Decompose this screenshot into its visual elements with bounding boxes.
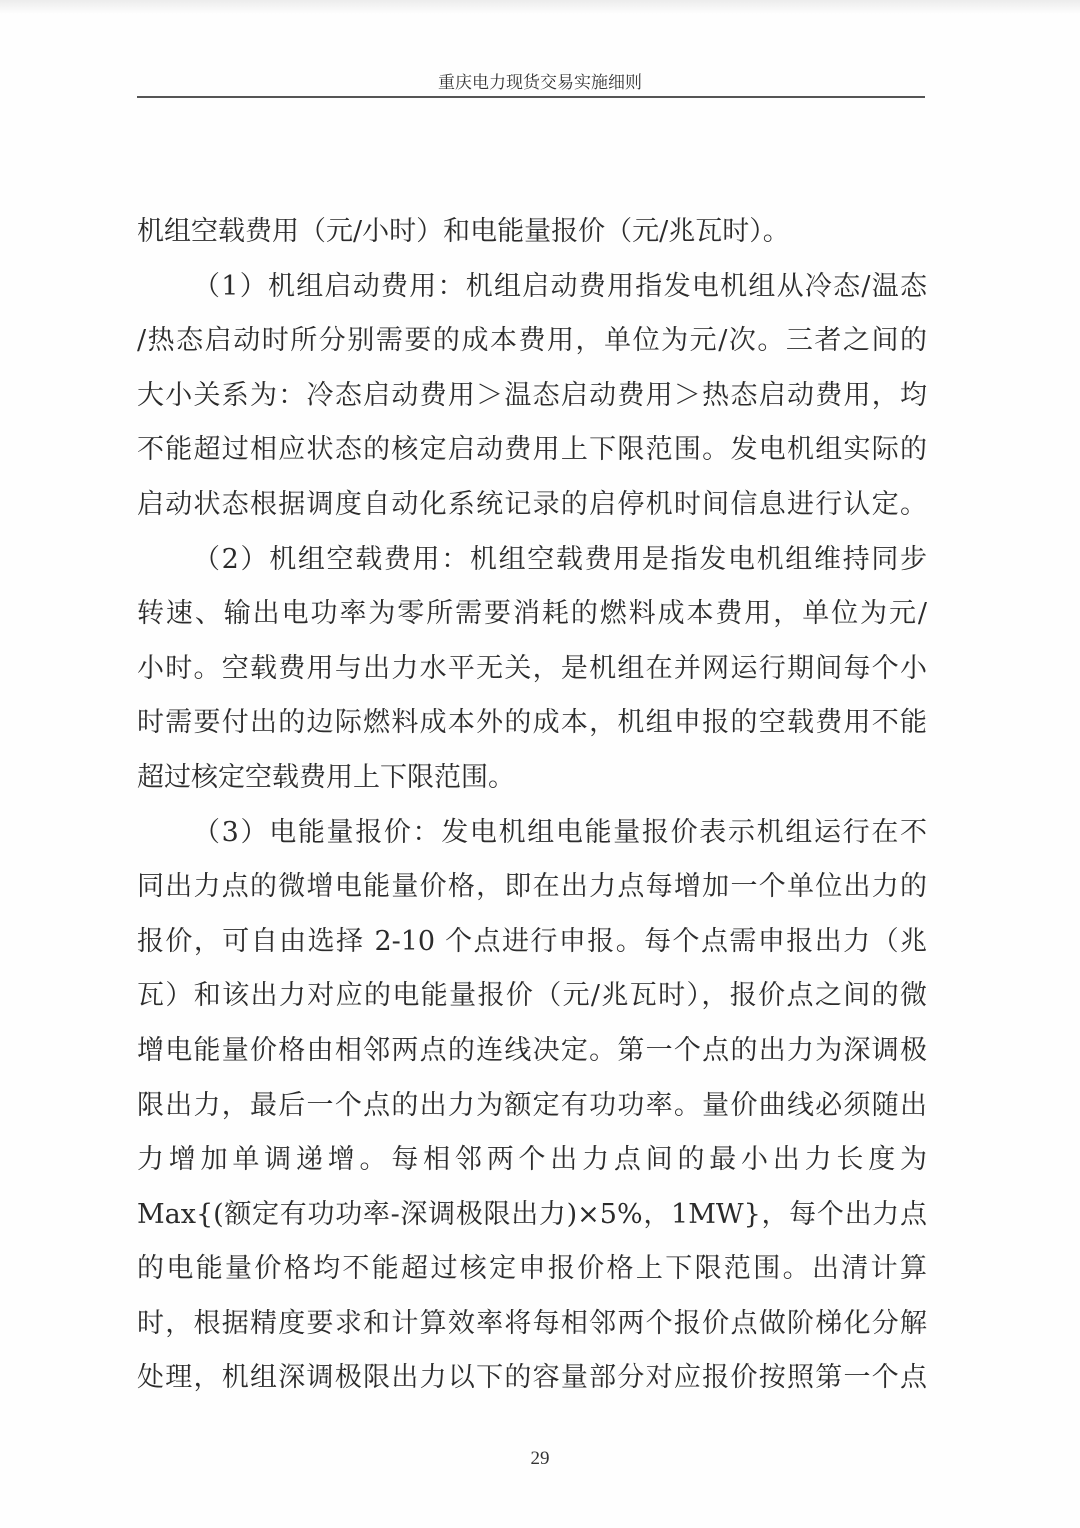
text-line: 小时。空载费用与出力水平无关，是机组在并网运行期间每个小 [137, 642, 927, 697]
text-line: 不能超过相应状态的核定启动费用上下限范围。发电机组实际的 [137, 423, 927, 478]
text-line-formula: Max{(额定有功功率-深调极限出力)×5%，1MW}，每个出力点 [137, 1188, 927, 1243]
paragraph-start-no-load-cost: （2）机组空载费用：机组空载费用是指发电机组维持同步 [137, 533, 927, 588]
paragraph-start-energy-bid: （3）电能量报价：发电机组电能量报价表示机组运行在不 [137, 806, 927, 861]
paragraph-start-startup-cost: （1）机组启动费用：机组启动费用指发电机组从冷态/温态 [137, 260, 927, 315]
document-body: 机组空载费用（元/小时）和电能量报价（元/兆瓦时）。 （1）机组启动费用：机组启… [137, 205, 927, 1406]
text-line: 超过核定空载费用上下限范围。 [137, 751, 927, 806]
text-line: 启动状态根据调度自动化系统记录的启停机时间信息进行认定。 [137, 478, 927, 533]
text-line: 时，根据精度要求和计算效率将每相邻两个报价点做阶梯化分解 [137, 1297, 927, 1352]
text-line: 时需要付出的边际燃料成本外的成本，机组申报的空载费用不能 [137, 696, 927, 751]
running-header-title: 重庆电力现货交易实施细则 [0, 68, 1080, 93]
scan-edge-shadow [0, 0, 1080, 14]
text-line: 转速、输出电功率为零所需要消耗的燃料成本费用，单位为元/ [137, 587, 927, 642]
page-number: 29 [0, 1448, 1080, 1470]
text-line: 处理，机组深调极限出力以下的容量部分对应报价按照第一个点 [137, 1351, 927, 1406]
text-line: 机组空载费用（元/小时）和电能量报价（元/兆瓦时）。 [137, 205, 927, 260]
text-line: 限出力，最后一个点的出力为额定有功功率。量价曲线必须随出 [137, 1079, 927, 1134]
header-divider [137, 96, 925, 98]
text-line: 报价，可自由选择 2-10 个点进行申报。每个点需申报出力（兆 [137, 915, 927, 970]
text-line: 增电能量价格由相邻两点的连线决定。第一个点的出力为深调极 [137, 1024, 927, 1079]
text-line: 的电能量价格均不能超过核定申报价格上下限范围。出清计算 [137, 1242, 927, 1297]
text-line: 同出力点的微增电能量价格，即在出力点每增加一个单位出力的 [137, 860, 927, 915]
text-line: /热态启动时所分别需要的成本费用，单位为元/次。三者之间的 [137, 314, 927, 369]
text-line: 力增加单调递增。每相邻两个出力点间的最小出力长度为 [137, 1133, 927, 1188]
text-line: 瓦）和该出力对应的电能量报价（元/兆瓦时），报价点之间的微 [137, 969, 927, 1024]
text-line: 大小关系为：冷态启动费用＞温态启动费用＞热态启动费用，均 [137, 369, 927, 424]
